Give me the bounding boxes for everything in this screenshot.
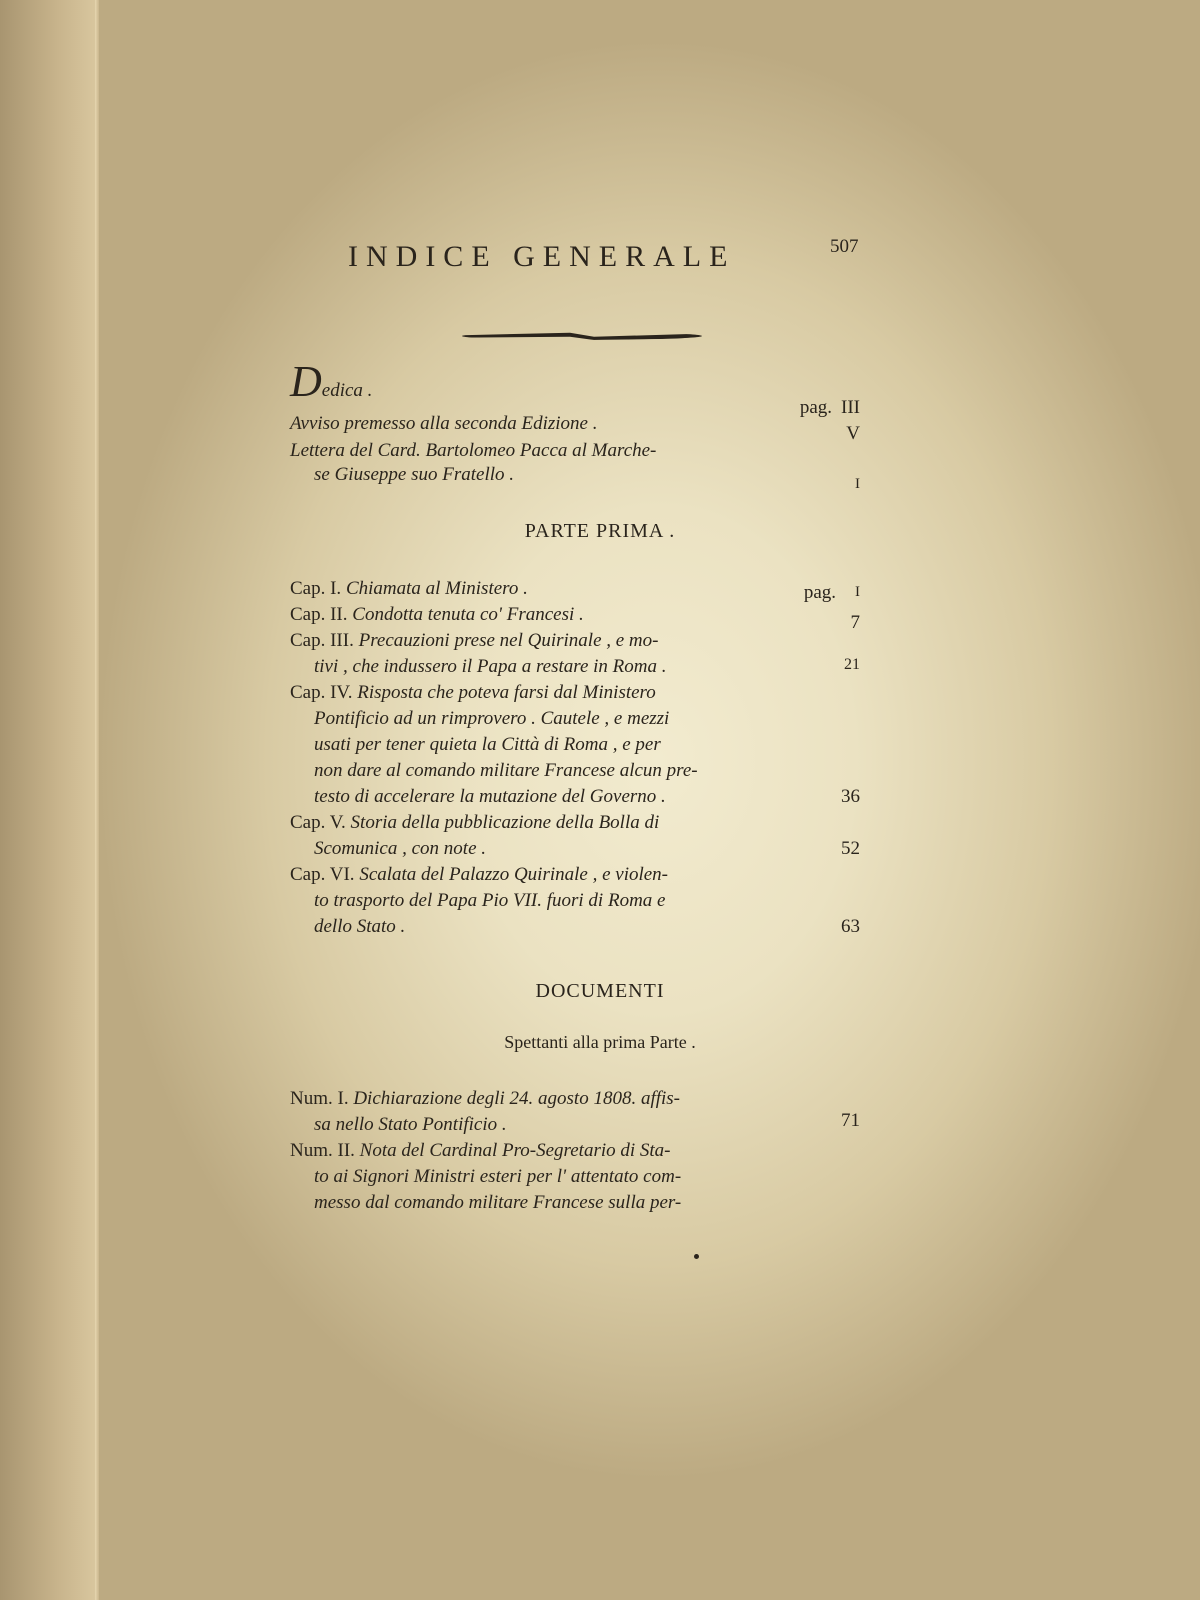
toc-chapter-3-cont: tivi , che indussero il Papa a restare i… xyxy=(290,656,860,678)
page-ref: 63 xyxy=(841,916,860,938)
chapter-title: Storia della pubblicazione della Bolla d… xyxy=(351,812,660,833)
document-title-cont: messo dal comando militare Francese sull… xyxy=(314,1192,681,1213)
toc-chapter-4-cont: Pontificio ad un rimprovero . Cautele , … xyxy=(290,708,860,730)
page-label: pag. xyxy=(800,397,832,419)
toc-document-2: Num. II. Nota del Cardinal Pro-Segretari… xyxy=(290,1140,860,1162)
drop-cap: D xyxy=(290,357,322,406)
toc-chapter-5: Cap. V. Storia della pubblicazione della… xyxy=(290,812,860,834)
chapter-title: Scalata del Palazzo Quirinale , e violen… xyxy=(359,864,668,885)
chapter-label: Cap. I. xyxy=(290,578,341,599)
chapter-title-cont: dello Stato . xyxy=(314,916,405,937)
chapter-label: Cap. VI. xyxy=(290,864,355,885)
document-label: Num. I. xyxy=(290,1088,349,1109)
chapter-title-cont: Scomunica , con note . xyxy=(314,838,486,859)
entry-text: se Giuseppe suo Fratello . xyxy=(314,464,514,485)
chapter-title-cont: tivi , che indussero il Papa a restare i… xyxy=(314,656,667,677)
page-title: INDICE GENERALE xyxy=(348,240,735,274)
document-title: Dichiarazione degli 24. agosto 1808. aff… xyxy=(353,1088,680,1109)
chapter-title-cont: Pontificio ad un rimprovero . Cautele , … xyxy=(314,708,669,729)
document-title-cont: to ai Signori Ministri esteri per l' att… xyxy=(314,1166,681,1187)
chapter-label: Cap. IV. xyxy=(290,682,352,703)
section-heading-documenti: DOCUMENTI xyxy=(0,980,1200,1003)
chapter-label: Cap. III. xyxy=(290,630,354,651)
chapter-title: Condotta tenuta co' Francesi . xyxy=(352,604,584,625)
page-label: pag. xyxy=(804,582,836,604)
toc-chapter-6-cont: to trasporto del Papa Pio VII. fuori di … xyxy=(290,890,860,912)
chapter-title-cont: non dare al comando militare Francese al… xyxy=(314,760,698,781)
toc-chapter-6-cont: dello Stato . 63 xyxy=(290,916,860,938)
entry-text: edica . xyxy=(322,380,373,401)
toc-document-2-cont: messo dal comando militare Francese sull… xyxy=(290,1192,860,1214)
toc-chapter-4-cont: testo di accelerare la mutazione del Gov… xyxy=(290,786,860,808)
entry-text: Lettera del Card. Bartolomeo Pacca al Ma… xyxy=(290,440,656,461)
entry-text: Avviso premesso alla seconda Edizione . xyxy=(290,413,597,435)
toc-chapter-3: Cap. III. Precauzioni prese nel Quirinal… xyxy=(290,630,860,652)
page-ref: 36 xyxy=(841,786,860,808)
toc-chapter-5-cont: Scomunica , con note . 52 xyxy=(290,838,860,860)
page-ref: I xyxy=(855,584,860,601)
catchword-mark xyxy=(694,1254,699,1259)
page-ref: 21 xyxy=(844,656,860,674)
document-label: Num. II. xyxy=(290,1140,355,1161)
toc-chapter-6: Cap. VI. Scalata del Palazzo Quirinale ,… xyxy=(290,864,860,886)
page-ref: V xyxy=(846,423,860,445)
toc-entry-lettera: Lettera del Card. Bartolomeo Pacca al Ma… xyxy=(290,440,860,462)
document-title: Nota del Cardinal Pro-Segretario di Sta- xyxy=(360,1140,671,1161)
chapter-title: Precauzioni prese nel Quirinale , e mo- xyxy=(359,630,659,651)
chapter-title: Risposta che poteva farsi dal Ministero xyxy=(357,682,656,703)
toc-chapter-2: Cap. II. Condotta tenuta co' Francesi . … xyxy=(290,604,860,626)
toc-document-1: Num. I. Dichiarazione degli 24. agosto 1… xyxy=(290,1088,860,1110)
page-ref: 71 xyxy=(841,1110,860,1132)
chapter-title-cont: usati per tener quieta la Città di Roma … xyxy=(314,734,661,755)
toc-document-2-cont: to ai Signori Ministri esteri per l' att… xyxy=(290,1166,860,1188)
chapter-title: Chiamata al Ministero . xyxy=(346,578,528,599)
section-subheading: Spettanti alla prima Parte . xyxy=(0,1032,1200,1053)
page-ref: I xyxy=(855,476,860,493)
toc-entry-lettera-cont: se Giuseppe suo Fratello . I xyxy=(290,464,860,486)
chapter-title-cont: testo di accelerare la mutazione del Gov… xyxy=(314,786,666,807)
toc-chapter-1: Cap. I. Chiamata al Ministero . pag. I xyxy=(290,578,860,600)
book-gutter-left-page xyxy=(0,0,97,1600)
page-ref: 52 xyxy=(841,838,860,860)
chapter-label: Cap. V. xyxy=(290,812,346,833)
section-heading-parte-prima: PARTE PRIMA . xyxy=(0,520,1200,543)
chapter-title-cont: to trasporto del Papa Pio VII. fuori di … xyxy=(314,890,665,911)
page-ref: III xyxy=(841,397,860,419)
toc-chapter-4-cont: usati per tener quieta la Città di Roma … xyxy=(290,734,860,756)
chapter-label: Cap. II. xyxy=(290,604,348,625)
toc-document-1-cont: sa nello Stato Pontificio . 71 xyxy=(290,1114,860,1136)
toc-chapter-4: Cap. IV. Risposta che poteva farsi dal M… xyxy=(290,682,860,704)
page-number: 507 xyxy=(830,236,859,258)
document-title-cont: sa nello Stato Pontificio . xyxy=(314,1114,507,1135)
toc-entry-dedica: Dedica . xyxy=(290,356,860,407)
toc-chapter-4-cont: non dare al comando militare Francese al… xyxy=(290,760,860,782)
